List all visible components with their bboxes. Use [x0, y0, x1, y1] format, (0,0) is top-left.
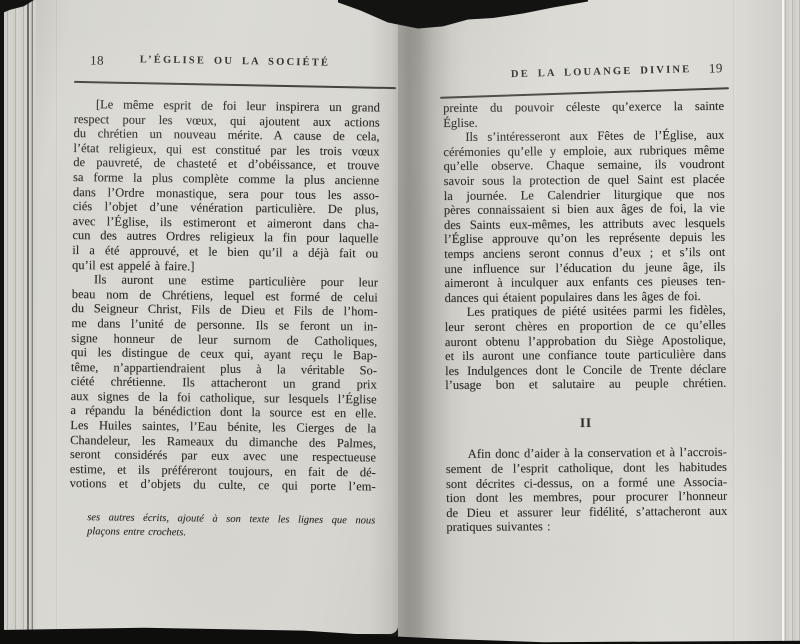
left-page-body: [Le même esprit de foi leur inspirera un… [69, 97, 380, 542]
text-line: preinte du pouvoir céleste qu’exerce la … [443, 99, 724, 116]
paragraph: Afin donc d’aider à la conservation et à… [446, 445, 728, 535]
right-page-header: DE LA LOUANGE DIVINE 19 [443, 62, 730, 86]
header-rule-right [440, 87, 729, 99]
footnote: ses autres écrits, ajouté à son texte le… [87, 511, 375, 541]
paragraph: Ils auront une estime particulière pour … [70, 272, 378, 494]
text-line: leur seront chères en proportion de ce q… [445, 318, 726, 335]
page-number-right: 19 [709, 60, 723, 76]
paragraph: Ils s’intéresseront aux Fêtes de l’Églis… [443, 128, 725, 305]
paragraph: Les pratiques de piété usitées parmi les… [445, 303, 727, 393]
left-page-edges [4, 0, 38, 638]
left-page-header: 18 L’ÉGLISE OU LA SOCIÉTÉ [74, 52, 396, 74]
text-line: temps anciens seront connus d’eux ; et s… [444, 245, 725, 262]
book-photo: 18 L’ÉGLISE OU LA SOCIÉTÉ [Le même espri… [0, 0, 800, 644]
running-title-right: DE LA LOUANGE DIVINE [511, 64, 692, 80]
section-heading: II [445, 415, 726, 432]
text-line: savoir sous la protection de quel Saint … [444, 172, 725, 189]
text-line: pratiques suivantes : [446, 518, 727, 535]
page-right: DE LA LOUANGE DIVINE 19 preinte du pouvo… [398, 0, 782, 643]
paragraph: preinte du pouvoir céleste qu’exerce la … [443, 99, 724, 130]
text-line: II [445, 415, 726, 432]
text-line: de Dieu et assurer leur fidélité, s’atta… [446, 504, 727, 521]
running-title-left: L’ÉGLISE OU LA SOCIÉTÉ [74, 53, 396, 70]
header-rule-left [74, 81, 396, 89]
right-page-body: preinte du pouvoir céleste qu’exerce la … [443, 99, 727, 535]
right-page-crease [733, 0, 736, 643]
paragraph: [Le même esprit de foi leur inspirera un… [72, 97, 380, 276]
left-page-crease [56, 0, 58, 634]
text-line: votions et d’objets du culte, ce qui por… [70, 476, 376, 494]
page-left: 18 L’ÉGLISE OU LA SOCIÉTÉ [Le même espri… [36, 0, 398, 634]
text-line: l’usage bon et salutaire au peuple chrét… [445, 376, 726, 393]
fore-edge-right [782, 0, 800, 641]
